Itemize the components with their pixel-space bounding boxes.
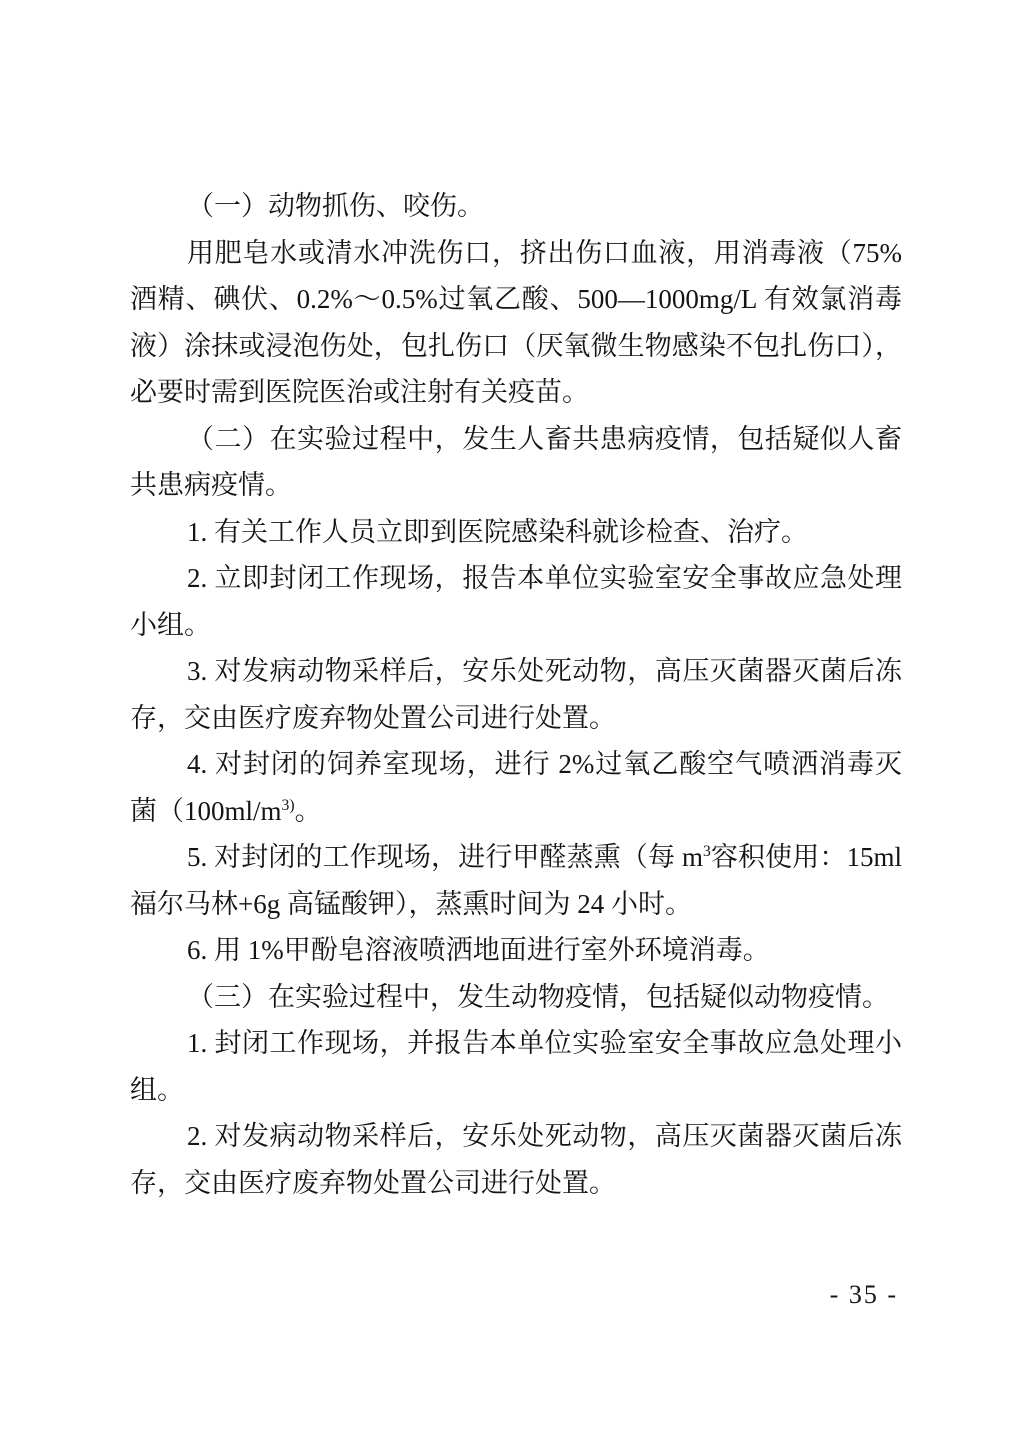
text-run: 必要时需到医院医治或注射有关疫苗。 (130, 377, 589, 407)
text-line: 4. 对封闭的饲养室现场，进行 2%过氧乙酸空气喷洒消毒灭 (130, 741, 902, 788)
text-line: 小组。 (130, 602, 902, 649)
text-run: 1. 封闭工作现场，并报告本单位实验室安全事故应急处理小 (187, 1028, 902, 1058)
text-line: 3. 对发病动物采样后，安乐处死动物，高压灭菌器灭菌后冻 (130, 648, 902, 695)
text-run: 共患病疫情。 (130, 470, 292, 500)
text-run: 容积使用：15ml (711, 842, 902, 872)
text-line: 6. 用 1%甲酚皂溶液喷洒地面进行室外环境消毒。 (130, 927, 902, 974)
text-run: 存，交由医疗废弃物处置公司进行处置。 (130, 1168, 616, 1198)
text-line: （一）动物抓伤、咬伤。 (130, 183, 902, 230)
text-line: 酒精、碘伏、0.2%～0.5%过氧乙酸、500—1000mg/L 有效氯消毒 (130, 276, 902, 323)
text-run: 存，交由医疗废弃物处置公司进行处置。 (130, 703, 616, 733)
superscript-text: 3 (703, 843, 711, 860)
text-run: 2. 对发病动物采样后，安乐处死动物，高压灭菌器灭菌后冻 (187, 1121, 902, 1151)
text-run: 小组。 (130, 610, 211, 640)
document-body: （一）动物抓伤、咬伤。用肥皂水或清水冲洗伤口，挤出伤口血液，用消毒液（75%酒精… (130, 183, 902, 1206)
text-run: 1. 有关工作人员立即到医院感染科就诊检查、治疗。 (187, 517, 808, 547)
text-line: 液）涂抹或浸泡伤处，包扎伤口（厌氧微生物感染不包扎伤口）， (130, 323, 902, 370)
text-line: 用肥皂水或清水冲洗伤口，挤出伤口血液，用消毒液（75% (130, 230, 902, 277)
text-line: 2. 立即封闭工作现场，报告本单位实验室安全事故应急处理 (130, 555, 902, 602)
text-run: 。 (295, 796, 322, 826)
text-run: （二）在实验过程中，发生人畜共患病疫情，包括疑似人畜 (187, 424, 902, 454)
text-line: （二）在实验过程中，发生人畜共患病疫情，包括疑似人畜 (130, 416, 902, 463)
text-line: 菌（100ml/m3)。 (130, 788, 902, 835)
text-line: 2. 对发病动物采样后，安乐处死动物，高压灭菌器灭菌后冻 (130, 1113, 902, 1160)
text-run: 6. 用 1%甲酚皂溶液喷洒地面进行室外环境消毒。 (187, 935, 770, 965)
text-line: 组。 (130, 1067, 902, 1114)
text-run: 组。 (130, 1075, 184, 1105)
text-run: 酒精、碘伏、0.2%～0.5%过氧乙酸、500—1000mg/L 有效氯消毒 (130, 284, 902, 314)
text-run: 4. 对封闭的饲养室现场，进行 2%过氧乙酸空气喷洒消毒灭 (187, 749, 902, 779)
text-line: 1. 封闭工作现场，并报告本单位实验室安全事故应急处理小 (130, 1020, 902, 1067)
text-run: （三）在实验过程中，发生动物疫情，包括疑似动物疫情。 (187, 982, 889, 1012)
superscript-text: 3) (282, 797, 295, 814)
text-line: 福尔马林+6g 高锰酸钾），蒸熏时间为 24 小时。 (130, 881, 902, 928)
text-run: 液）涂抹或浸泡伤处，包扎伤口（厌氧微生物感染不包扎伤口）， (130, 331, 902, 361)
text-line: 必要时需到医院医治或注射有关疫苗。 (130, 369, 902, 416)
text-run: 福尔马林+6g 高锰酸钾），蒸熏时间为 24 小时。 (130, 889, 692, 919)
text-line: 5. 对封闭的工作现场，进行甲醛蒸熏（每 m3容积使用：15ml (130, 834, 902, 881)
text-line: 存，交由医疗废弃物处置公司进行处置。 (130, 695, 902, 742)
text-line: 存，交由医疗废弃物处置公司进行处置。 (130, 1160, 902, 1207)
text-run: 2. 立即封闭工作现场，报告本单位实验室安全事故应急处理 (187, 563, 902, 593)
text-line: 1. 有关工作人员立即到医院感染科就诊检查、治疗。 (130, 509, 902, 556)
text-run: 用肥皂水或清水冲洗伤口，挤出伤口血液，用消毒液（75% (187, 238, 902, 268)
text-line: （三）在实验过程中，发生动物疫情，包括疑似动物疫情。 (130, 974, 902, 1021)
text-run: 5. 对封闭的工作现场，进行甲醛蒸熏（每 m (187, 842, 703, 872)
text-line: 共患病疫情。 (130, 462, 902, 509)
document-page: （一）动物抓伤、咬伤。用肥皂水或清水冲洗伤口，挤出伤口血液，用消毒液（75%酒精… (0, 0, 1024, 1448)
page-number: - 35 - (830, 1280, 898, 1310)
text-run: 菌（100ml/m (130, 796, 282, 826)
text-run: 3. 对发病动物采样后，安乐处死动物，高压灭菌器灭菌后冻 (187, 656, 902, 686)
text-run: （一）动物抓伤、咬伤。 (187, 191, 484, 221)
